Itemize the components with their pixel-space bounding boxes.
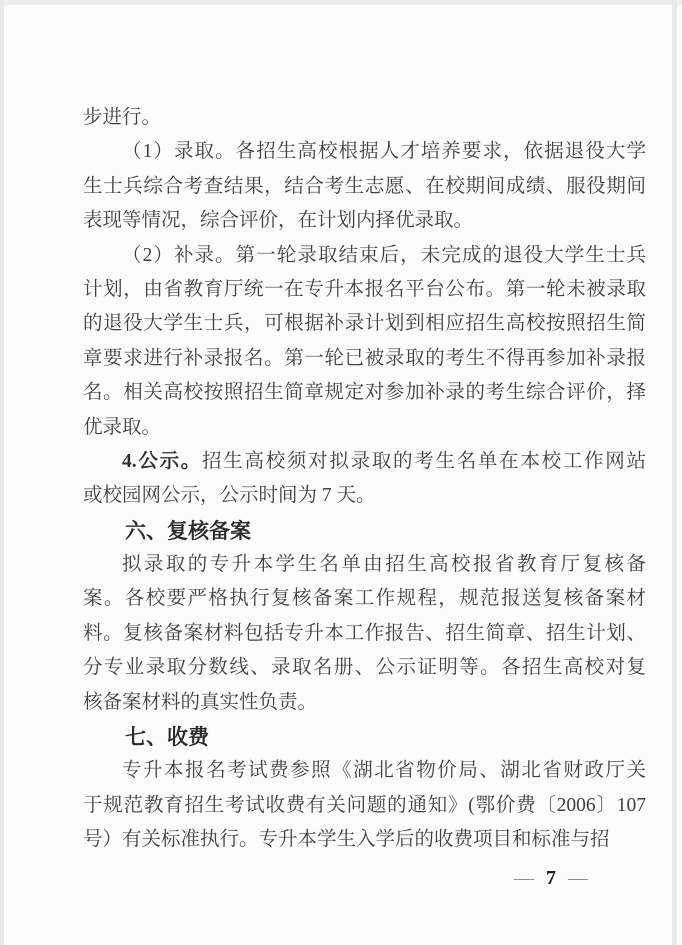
text-line: 拟录取的专升本学生名单由招生高校报省教育厅复核备 — [83, 548, 646, 582]
text-line: 案。各校要严格执行复核备案工作规程，规范报送复核备案材 — [83, 582, 646, 616]
page-number: —7— — [514, 866, 588, 890]
paragraph-admission: （1）录取。各招生高校根据人才培养要求，依据退役大学 生士兵综合考查结果，结合考… — [83, 135, 646, 238]
text-line: 料。复核备案材料包括专升本工作报告、招生简章、招生计划、 — [83, 617, 646, 651]
text-line: 分专业录取分数线、录取名册、公示证明等。各招生高校对复 — [83, 651, 646, 685]
text-line: 或校园网公示，公示时间为 7 天。 — [83, 479, 646, 513]
paragraph-publicity: 4.公示。招生高校须对拟录取的考生名单在本校工作网站 或校园网公示，公示时间为 … — [83, 445, 646, 514]
section-heading-review-filing: 六、复核备案 — [83, 514, 646, 548]
text-line: 章要求进行补录报名。第一轮已被录取的考生不得再参加补录报 — [83, 342, 646, 376]
text-line: 表现等情况，综合评价，在计划内择优录取。 — [83, 204, 646, 238]
paragraph-continuation: 步进行。 — [83, 101, 646, 135]
scan-edge-right — [672, 0, 677, 945]
text-line: 的退役大学生士兵，可根据补录计划到相应招生高校按照招生简 — [83, 307, 646, 341]
heading-line: 七、收费 — [83, 720, 646, 754]
text-line: （1）录取。各招生高校根据人才培养要求，依据退役大学 — [83, 135, 646, 169]
scan-edge-left — [0, 0, 4, 945]
text-line: 4.公示。招生高校须对拟录取的考生名单在本校工作网站 — [83, 445, 646, 479]
text-line: 生士兵综合考查结果，结合考生志愿、在校期间成绩、服役期间 — [83, 170, 646, 204]
page-number-right-dash: — — [568, 867, 588, 889]
text-line: 步进行。 — [83, 101, 646, 135]
text-line: 核备案材料的真实性负责。 — [83, 686, 646, 720]
scan-edge-top — [0, 0, 682, 5]
text-line: 计划，由省教育厅统一在专升本报名平台公布。第一轮未被录取 — [83, 273, 646, 307]
page-number-value: 7 — [546, 867, 556, 889]
text-line: 名。相关高校按照招生简章规定对参加补录的考生综合评价，择 — [83, 376, 646, 410]
text-line: （2）补录。第一轮录取结束后，未完成的退役大学生士兵 — [83, 239, 646, 273]
section-heading-fees: 七、收费 — [83, 720, 646, 754]
text-line: 专升本报名考试费参照《湖北省物价局、湖北省财政厅关 — [83, 754, 646, 788]
text-line: 于规范教育招生考试收费有关问题的通知》(鄂价费〔2006〕107 — [83, 789, 646, 823]
text-line: 号）有关标准执行。专升本学生入学后的收费项目和标准与招 — [83, 823, 646, 857]
paragraph-fees: 专升本报名考试费参照《湖北省物价局、湖北省财政厅关 于规范教育招生考试收费有关问… — [83, 754, 646, 857]
document-body: 步进行。 （1）录取。各招生高校根据人才培养要求，依据退役大学 生士兵综合考查结… — [83, 101, 646, 858]
text-run: 招生高校须对拟录取的考生名单在本校工作网站 — [202, 451, 646, 472]
bold-lead-label: 4.公示。 — [122, 451, 202, 472]
text-line: 优录取。 — [83, 411, 646, 445]
page-number-left-dash: — — [514, 867, 534, 889]
paragraph-supplementary-admission: （2）补录。第一轮录取结束后，未完成的退役大学生士兵 计划，由省教育厅统一在专升… — [83, 239, 646, 445]
paragraph-review-filing: 拟录取的专升本学生名单由招生高校报省教育厅复核备 案。各校要严格执行复核备案工作… — [83, 548, 646, 720]
scanned-document-page: 步进行。 （1）录取。各招生高校根据人才培养要求，依据退役大学 生士兵综合考查结… — [0, 0, 682, 945]
heading-line: 六、复核备案 — [83, 514, 646, 548]
